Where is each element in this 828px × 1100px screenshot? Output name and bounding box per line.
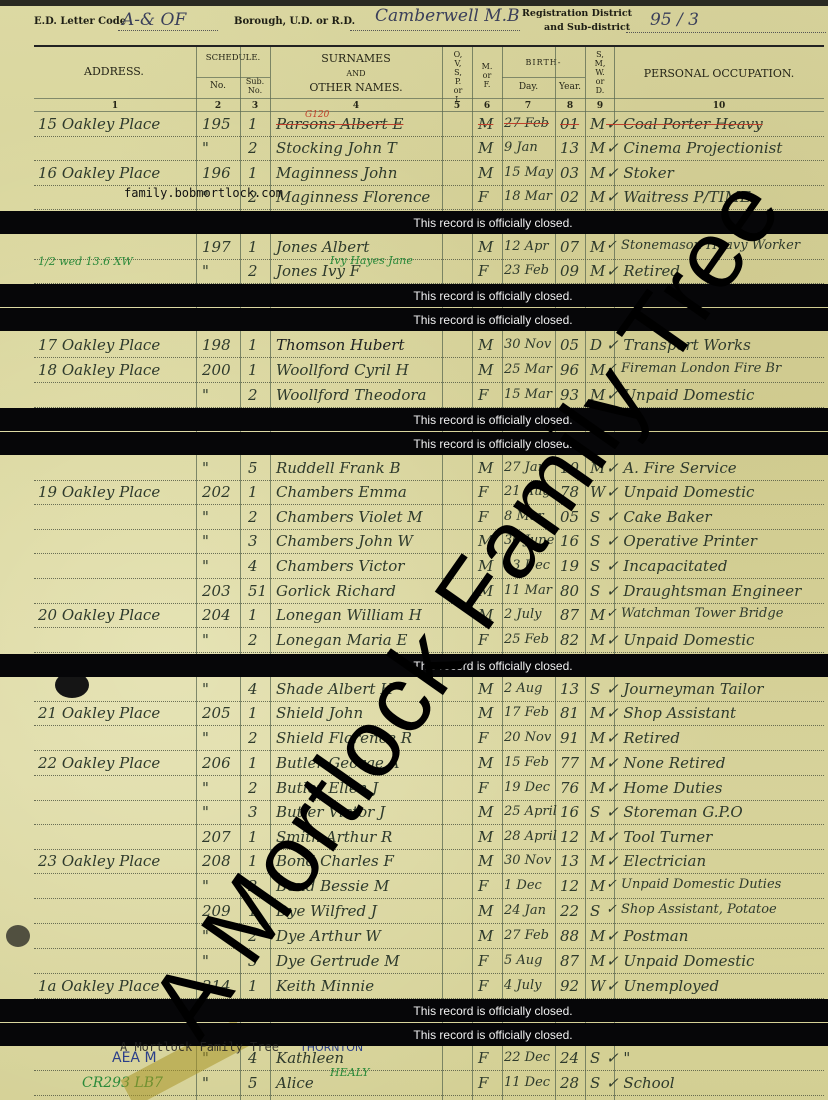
row-birth-year: 88 [560,927,579,945]
row-marital-status: M [590,262,605,280]
row-sex: F [478,386,488,404]
row-schedule-sub: 2 [248,779,258,797]
row-occupation: ✓ Incapacitated [606,557,728,575]
column-number: 10 [707,101,731,111]
row-birth-day: 30 Nov [504,853,551,868]
row-birth-day: 12 Apr [504,239,549,254]
watermark-small: A Mortlock Family Tree [120,1040,279,1054]
row-rule [34,948,824,949]
row-schedule-sub: 1 [248,483,258,501]
row-name: Chambers Emma [276,483,407,501]
borough-value: Camberwell M.B [375,6,520,26]
row-schedule-no: " [202,557,209,575]
row-birth-year: 07 [560,238,579,256]
row-address: 18 Oakley Place [38,361,160,379]
row-schedule-no: 202 [202,483,231,501]
row-sex: M [478,238,493,256]
row-address: 16 Oakley Place [38,164,160,182]
row-schedule-no: " [202,459,209,477]
header-rule [34,45,824,47]
row-name: Keith Minnie [276,977,374,995]
column-number: 5 [445,101,469,111]
row-occupation: ✓ Operative Printer [606,532,757,550]
row-marital-status: M [590,238,605,256]
row-marital-status: M [590,927,605,945]
closed-record-text: This record is officially closed. [255,313,572,327]
row-rule [34,160,824,161]
row-marital-status: M [590,164,605,182]
row-occupation: ✓ Cake Baker [606,508,712,526]
row-occupation: ✓ Postman [606,927,688,945]
col-names: SURNAMES AND OTHER NAMES. [270,52,442,95]
row-schedule-no: 204 [202,606,231,624]
row-marital-status: M [590,952,605,970]
column-number: 6 [475,101,499,111]
column-number: 4 [344,101,368,111]
row-sex: F [478,779,488,797]
row-birth-day: 15 Feb [504,755,549,770]
row-marital-status: W [590,977,605,995]
row-sex: M [478,680,493,698]
row-marital-status: S [590,1049,600,1067]
row-schedule-sub: 4 [248,557,258,575]
row-schedule-no: " [202,1074,209,1092]
row-occupation: ✓ Shop Assistant, Potatoe [606,902,777,917]
row-address: 17 Oakley Place [38,336,160,354]
row-birth-year: 80 [560,582,579,600]
row-marital-status: M [590,188,605,206]
row-schedule-sub: 2 [248,631,258,649]
row-sex: M [478,927,493,945]
column-number: 7 [516,101,540,111]
row-name: Ruddell Frank B [276,459,400,477]
row-sex: M [478,852,493,870]
closed-record-text: This record is officially closed. [255,1004,572,1018]
row-address: 20 Oakley Place [38,606,160,624]
row-birth-year: 87 [560,606,579,624]
row-name: Woollford Theodora [276,386,427,404]
row-address: 15 Oakley Place [38,115,160,133]
row-birth-year: 13 [560,680,579,698]
row-birth-day: 4 July [504,978,542,993]
row-occupation: ✓ Cinema Projectionist [606,139,782,157]
row-schedule-no: " [202,803,209,821]
row-birth-day: 28 April [504,829,557,844]
closed-record-text: This record is officially closed. [255,289,572,303]
row-birth-year: 12 [560,828,579,846]
row-occupation: ✓ Unpaid Domestic [606,483,754,501]
row-marital-status: M [590,606,605,624]
row-birth-day: 25 Mar [504,362,552,377]
row-birth-year: 09 [560,262,579,280]
row-marital-status: M [590,852,605,870]
column-divider [585,47,586,1100]
row-marital-status: M [590,704,605,722]
row-rule [34,873,824,874]
row-occupation: ✓ Unpaid Domestic [606,952,754,970]
row-birth-day: 15 May [504,165,553,180]
row-sex: F [478,262,488,280]
row-sex: M [478,902,493,920]
row-occupation: ✓ Unemployed [606,977,719,995]
row-birth-year: 92 [560,977,579,995]
row-schedule-sub: 1 [248,704,258,722]
row-occupation: ✓ Stoker [606,164,674,182]
row-schedule-sub: 1 [248,361,258,379]
row-address: 22 Oakley Place [38,754,160,772]
row-occupation: ✓ Retired [606,729,680,747]
row-schedule-sub: 5 [248,459,258,477]
row-schedule-no: " [202,262,209,280]
row-schedule-sub: 2 [248,139,258,157]
col-ovspi: O, V, S, P. or I. [444,50,472,104]
col-schedule-no: No. [196,81,240,92]
row-name: Maginness John [276,164,397,182]
row-sex: M [478,139,493,157]
row-marital-status: S [590,680,600,698]
row-schedule-no: 203 [202,582,231,600]
margin-note-code: G120 [305,110,329,120]
header-divider [34,98,824,99]
row-marital-status: M [590,729,605,747]
row-birth-year: 24 [560,1049,579,1067]
header-divider [502,77,585,78]
row-schedule-no: " [202,729,209,747]
row-name: Alice [276,1074,314,1092]
row-marital-status: M [590,631,605,649]
row-marital-status: S [590,1074,600,1092]
row-rule [34,824,824,825]
row-occupation: ✓ Home Duties [606,779,722,797]
col-sex: M.orF. [472,62,502,89]
row-sex: F [478,1049,488,1067]
row-marital-status: M [590,139,605,157]
row-name: Stocking John T [276,139,397,157]
row-schedule-sub: 4 [248,680,258,698]
row-schedule-no: 197 [202,238,231,256]
row-sex: M [478,336,493,354]
row-schedule-no: 205 [202,704,231,722]
ink-blot [6,925,30,947]
row-birth-year: 01 [560,115,579,133]
col-address: ADDRESS. [34,66,194,77]
row-sex: F [478,952,488,970]
row-occupation: ✓ None Retired [606,754,725,772]
row-birth-day: 11 Dec [504,1075,550,1090]
row-birth-year: 28 [560,1074,579,1092]
row-schedule-no: " [202,631,209,649]
row-rule [34,136,824,137]
closed-record-bar: This record is officially closed. [0,408,828,431]
column-number: 8 [558,101,582,111]
header-divider [196,77,270,78]
row-sex: F [478,977,488,995]
row-schedule-sub: 2 [248,729,258,747]
row-rule [34,849,824,850]
row-schedule-no: " [202,508,209,526]
col-birth-year: Year. [555,82,585,93]
row-birth-year: 76 [560,779,579,797]
row-sex: F [478,729,488,747]
row-address: 21 Oakley Place [38,704,160,722]
col-occupation: PERSONAL OCCUPATION. [614,68,824,79]
row-birth-day: 1 Dec [504,878,542,893]
row-rule [34,775,824,776]
row-sex: F [478,877,488,895]
row-rule [34,382,824,383]
row-occupation: ✓ " [606,1049,630,1067]
row-birth-day: 5 Aug [504,953,543,968]
col-schedule-sub: Sub.No. [240,77,270,95]
row-schedule-sub: 1 [248,754,258,772]
row-rule [34,504,824,505]
row-marital-status: S [590,902,600,920]
row-occupation: ✓ Storeman G.P.O [606,803,743,821]
row-birth-day: 25 April [504,804,557,819]
row-sex: M [478,164,493,182]
census-page: E.D. Letter Code A-& OF Borough, U.D. or… [0,0,828,1100]
column-number: 9 [588,101,612,111]
row-schedule-no: " [202,779,209,797]
row-schedule-sub: 2 [248,508,258,526]
row-schedule-sub: 1 [248,336,258,354]
row-name: Dye Gertrude M [276,952,400,970]
row-schedule-no: " [202,139,209,157]
row-birth-day: 17 Feb [504,705,549,720]
row-birth-year: 22 [560,902,579,920]
row-birth-year: 82 [560,631,579,649]
closed-record-bar: This record is officially closed. [0,999,828,1022]
row-marital-status: M [590,877,605,895]
row-birth-day: 20 Nov [504,730,551,745]
watermark-url: family.bobmortlock.com [124,186,283,200]
row-schedule-no: " [202,680,209,698]
row-schedule-sub: 5 [248,1074,258,1092]
row-birth-day: 23 Feb [504,263,549,278]
closed-record-text: This record is officially closed. [255,1028,572,1042]
closed-record-text: This record is officially closed. [255,216,572,230]
row-birth-day: 27 Feb [504,928,549,943]
registration-label-2: and Sub-district [544,22,630,33]
row-sex: M [478,115,493,133]
row-birth-year: 13 [560,139,579,157]
borough-label: Borough, U.D. or R.D. [234,16,355,27]
col-birth: BIRTH- [502,57,585,68]
row-name: Parsons Albert E [276,115,403,133]
row-marital-status: S [590,582,600,600]
header-divider [34,111,824,112]
row-birth-day: 19 Dec [504,780,550,795]
ed-letter-code-label: E.D. Letter Code [34,16,126,27]
row-schedule-no: " [202,532,209,550]
row-birth-day: 2 Aug [504,681,543,696]
row-sex: M [478,754,493,772]
column-number: 3 [243,101,267,111]
row-birth-day: 30 Nov [504,337,551,352]
col-schedule: SCHEDULE. [196,53,270,64]
row-schedule-no: 196 [202,164,231,182]
row-sex: F [478,188,488,206]
row-schedule-sub: 2 [248,386,258,404]
row-marital-status: M [590,115,605,133]
row-occupation: ✓ School [606,1074,675,1092]
row-name: Gorlick Richard [276,582,396,600]
row-rule [34,529,824,530]
row-occupation: ✓ Tool Turner [606,828,712,846]
row-rule [34,923,824,924]
row-address: 23 Oakley Place [38,852,160,870]
row-name: Chambers John W [276,532,413,550]
row-birth-year: 77 [560,754,579,772]
row-schedule-sub: 3 [248,532,258,550]
row-schedule-no: " [202,386,209,404]
row-schedule-no: 195 [202,115,231,133]
row-occupation: ✓ Electrician [606,852,706,870]
row-occupation: ✓ Draughtsman Engineer [606,582,801,600]
row-address: 19 Oakley Place [38,483,160,501]
column-number: 2 [206,101,230,111]
col-birth-day: Day. [502,82,555,93]
row-marital-status: M [590,828,605,846]
row-schedule-no: 206 [202,754,231,772]
row-name: Chambers Violet M [276,508,423,526]
row-schedule-no: 207 [202,828,231,846]
row-marital-status: S [590,803,600,821]
registration-value: 95 / 3 [650,10,699,30]
row-schedule-sub: 51 [248,582,267,600]
row-rule [34,480,824,481]
row-occupation: ✓ Coal Porter Heavy [606,115,763,133]
row-birth-year: 16 [560,803,579,821]
ed-letter-code-value: A-& OF [122,10,186,30]
row-birth-year: 91 [560,729,579,747]
row-marital-status: M [590,779,605,797]
row-sex: F [478,1074,488,1092]
row-schedule-sub: 1 [248,238,258,256]
row-name: Chambers Victor [276,557,404,575]
row-schedule-no: 198 [202,336,231,354]
row-birth-day: 9 Jan [504,140,538,155]
row-name: Maginness Florence [276,188,430,206]
row-birth-year: 13 [560,852,579,870]
row-birth-day: 27 Feb [504,116,549,131]
row-annotation: HEALY [330,1066,369,1079]
row-occupation: ✓ Journeyman Tailor [606,680,763,698]
row-schedule-sub: 2 [248,262,258,280]
row-occupation: ✓ Shop Assistant [606,704,736,722]
row-sex: M [478,361,493,379]
margin-note: 1/2 wed 13.6 XW [38,255,133,268]
row-occupation: ✓ Unpaid Domestic [606,631,754,649]
row-birth-year: 12 [560,877,579,895]
row-birth-day: 18 Mar [504,189,552,204]
row-birth-year: 87 [560,952,579,970]
row-occupation: ✓ Watchman Tower Bridge [606,606,783,621]
row-occupation: ✓ Unpaid Domestic Duties [606,877,781,892]
registration-label-1: Registration District [522,8,632,19]
row-rule [34,553,824,554]
row-annotation: Ivy Hayes Jane [330,254,413,267]
row-schedule-sub: 1 [248,164,258,182]
row-schedule-sub: 1 [248,115,258,133]
row-birth-day: 22 Dec [504,1050,550,1065]
row-schedule-no: 200 [202,361,231,379]
row-marital-status: S [590,557,600,575]
row-sex: M [478,803,493,821]
row-schedule-sub: 1 [248,606,258,624]
row-birth-day: 24 Jan [504,903,546,918]
closed-record-bar: This record is officially closed. [0,432,828,455]
row-rule [34,898,824,899]
col-smwd: S, M, W. or D. [586,50,614,95]
row-birth-year: 81 [560,704,579,722]
row-sex: M [478,704,493,722]
row-sex: M [478,828,493,846]
column-number: 1 [103,101,127,111]
row-marital-status: M [590,754,605,772]
row-marital-status: S [590,532,600,550]
row-name: Woollford Cyril H [276,361,409,379]
row-rule [34,800,824,801]
row-name: Thomson Hubert [276,336,405,354]
row-birth-year: 02 [560,188,579,206]
row-birth-year: 03 [560,164,579,182]
